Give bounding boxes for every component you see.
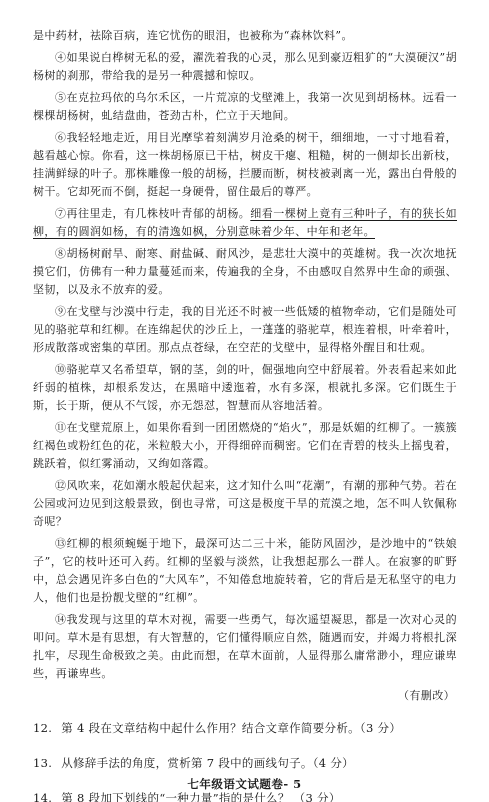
paragraph-11: ⑪在戈壁荒原上，如果你看到一团团燃烧的“焰火”，那是妖媚的红柳了。一簇簇红褐色或… xyxy=(33,419,457,473)
exam-page: 是中药材，祛除百病，连它忧伤的眼泪，也被称为“森林饮料”。 ④如果说白桦树无私的… xyxy=(0,0,489,802)
paragraph-6: ⑥我轻轻地走近，用目光摩挲着刻满岁月沧桑的树干，细细地，一寸寸地看着，越看越心惊… xyxy=(33,129,457,201)
paragraph-5: ⑤在克拉玛依的乌尔禾区，一片荒凉的戈壁滩上，我第一次见到胡杨林。远看一棵棵胡杨树… xyxy=(33,89,457,125)
paragraph-12: ⑫风吹来，花如潮水般起伏起来，这才知什么叫“花潮”，有潮的那种气势。若在公园或河… xyxy=(33,477,457,531)
paragraph-13: ⑬红柳的根须蜿蜒于地下，最深可达二三十米，能防风固沙，是沙地中的“铁娘子”，它的… xyxy=(33,535,457,607)
paragraph-9: ⑨在戈壁与沙漠中行走，我的目光还不时被一些低矮的植物牵动，它们是随处可见的骆驼草… xyxy=(33,303,457,357)
paragraph-8: ⑧胡杨树耐旱、耐寒、耐盐碱、耐风沙，是悲壮大漠中的英雄树。我一次次地抚摸它们，仿… xyxy=(33,245,457,299)
paragraph-10: ⑩骆驼草又名希望草，钢的茎，剑的叶，倔强地向空中舒展着。外表看起来如此纤弱的植株… xyxy=(33,361,457,415)
question-14-text: 第 8 段加下划线的“一种力量”指的是什么？ （3 分） xyxy=(61,791,340,802)
question-12-text: 第 4 段在文章结构中起什么作用？结合文章作简要分析。（3 分） xyxy=(61,721,401,735)
question-12-number: 12. xyxy=(33,719,52,737)
paragraph-7: ⑦再往里走，有几株枝叶青郁的胡杨。细看一棵树上竟有三种叶子，有的狭长如柳，有的圆… xyxy=(33,205,457,241)
attribution-note: （有删改） xyxy=(33,687,455,705)
page-footer: 七年级语文试题卷- 5 xyxy=(0,776,489,792)
paragraph-continuation: 是中药材，祛除百病，连它忧伤的眼泪，也被称为“森林饮料”。 xyxy=(33,27,457,45)
question-13: 13.从修辞手法的角度，赏析第 7 段中的画线句子。（4 分） xyxy=(33,754,457,772)
question-13-text: 从修辞手法的角度，赏析第 7 段中的画线句子。（4 分） xyxy=(61,756,354,770)
paragraph-14: ⑭我发现与这里的草木对视，需要一些勇气，每次遥望凝思，都是一次对心灵的叩问。草木… xyxy=(33,611,457,683)
paragraph-7-lead: ⑦再往里走，有几株枝叶青郁的胡杨。 xyxy=(55,207,250,220)
paragraph-4: ④如果说白桦树无私的爱，濯洗着我的心灵，那么见到豪迈粗犷的“大漠硬汉”胡杨树的刹… xyxy=(33,49,457,85)
question-12: 12.第 4 段在文章结构中起什么作用？结合文章作简要分析。（3 分） xyxy=(33,719,457,737)
question-13-number: 13. xyxy=(33,754,52,772)
